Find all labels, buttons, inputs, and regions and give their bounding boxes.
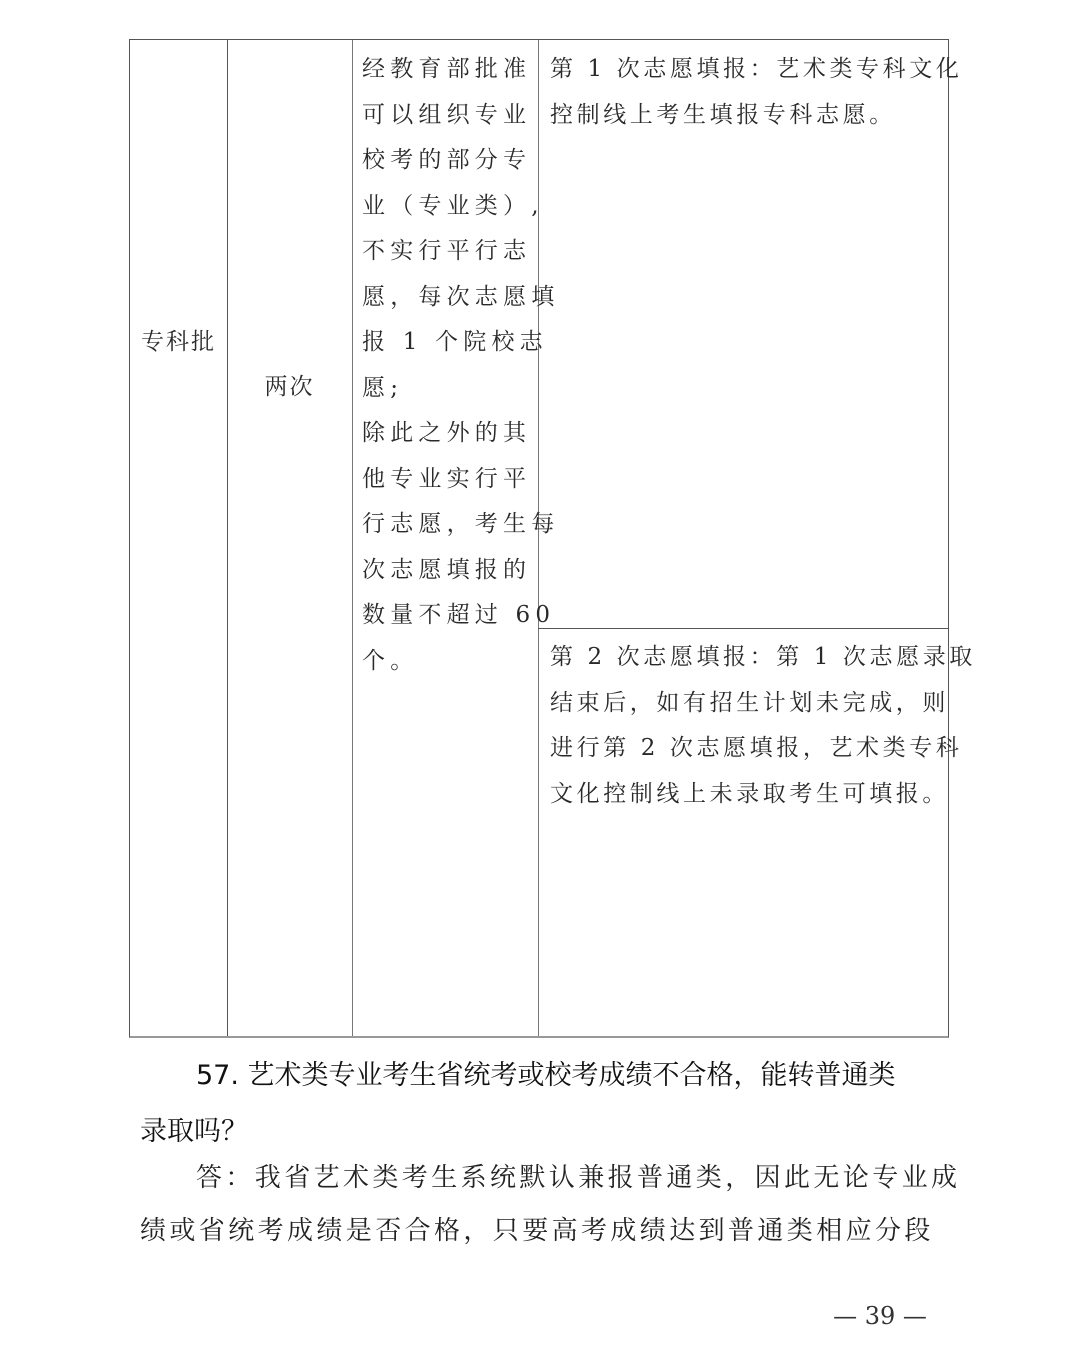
row-divider	[538, 628, 948, 629]
round2-line: 第 2 次志愿填报：第 1 次志愿录取	[550, 635, 940, 681]
rule-cell: 经教育部批准 可以组织专业 校考的部分专 业（专业类）, 不实行平行志 愿，每次…	[362, 47, 534, 684]
rule-line: 可以组织专业	[362, 93, 534, 139]
question-heading: 57. 艺术类专业考生省统考或校考成绩不合格，能转普通类 录取吗？	[140, 1048, 950, 1160]
rule-line: 愿;	[362, 366, 534, 412]
batch-cell: 专科批	[130, 320, 227, 366]
rule-line: 他专业实行平	[362, 457, 534, 503]
rule-line: 数量不超过 60	[362, 593, 534, 639]
column-divider	[538, 40, 539, 1036]
rule-line: 愿，每次志愿填	[362, 275, 534, 321]
column-divider	[352, 40, 353, 1036]
round2-line: 结束后，如有招生计划未完成，则	[550, 681, 940, 727]
rule-line: 次志愿填报的	[362, 548, 534, 594]
admission-table: 专科批 两次 经教育部批准 可以组织专业 校考的部分专 业（专业类）, 不实行平…	[129, 39, 949, 1038]
round1-line: 控制线上考生填报专科志愿。	[550, 93, 940, 139]
answer-line: 绩或省统考成绩是否合格，只要高考成绩达到普通类相应分段	[140, 1205, 950, 1258]
round2-line: 进行第 2 次志愿填报，艺术类专科	[550, 726, 940, 772]
answer-paragraph: 答：我省艺术类考生系统默认兼报普通类，因此无论专业成 绩或省统考成绩是否合格，只…	[140, 1152, 950, 1258]
round1-cell: 第 1 次志愿填报：艺术类专科文化 控制线上考生填报专科志愿。	[550, 47, 940, 138]
rule-line: 校考的部分专	[362, 138, 534, 184]
rule-line: 个。	[362, 639, 534, 685]
round1-line: 第 1 次志愿填报：艺术类专科文化	[550, 47, 940, 93]
rule-line: 报 1 个院校志	[362, 320, 534, 366]
rule-line: 不实行平行志	[362, 229, 534, 275]
round2-line: 文化控制线上未录取考生可填报。	[550, 772, 940, 818]
rule-line: 业（专业类）,	[362, 184, 534, 230]
rule-line: 经教育部批准	[362, 47, 534, 93]
round2-cell: 第 2 次志愿填报：第 1 次志愿录取 结束后，如有招生计划未完成，则 进行第 …	[550, 635, 940, 817]
page-number: — 39 —	[820, 1302, 940, 1330]
rounds-cell: 两次	[227, 365, 352, 411]
document-page: 专科批 两次 经教育部批准 可以组织专业 校考的部分专 业（专业类）, 不实行平…	[0, 0, 1080, 1358]
question-line: 57. 艺术类专业考生省统考或校考成绩不合格，能转普通类	[140, 1048, 950, 1104]
column-divider	[227, 40, 228, 1036]
rule-line: 行志愿，考生每	[362, 502, 534, 548]
answer-line: 答：我省艺术类考生系统默认兼报普通类，因此无论专业成	[140, 1152, 950, 1205]
rule-line: 除此之外的其	[362, 411, 534, 457]
